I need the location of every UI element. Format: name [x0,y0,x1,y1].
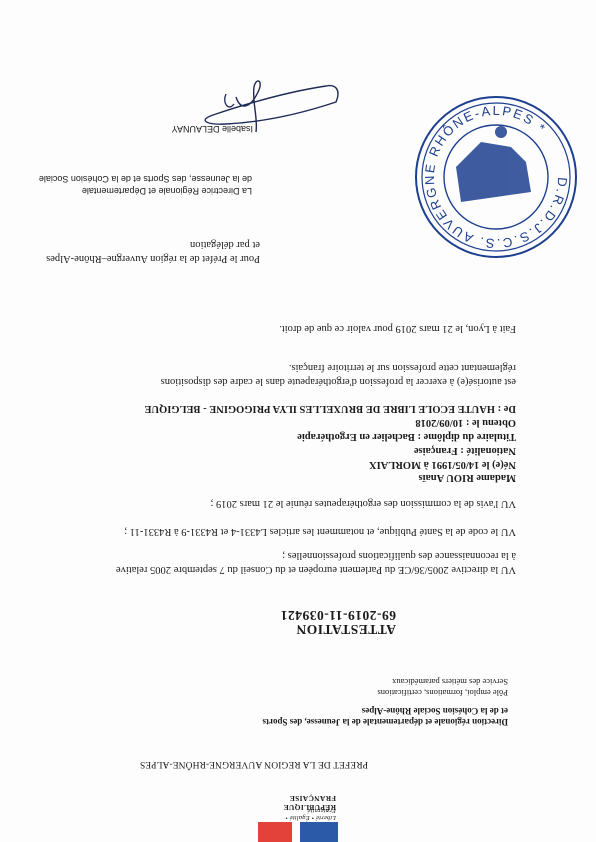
service-label: Service des métiers paramédicaux [392,677,508,687]
direction-line-1: Direction régionale et départementale de… [262,717,508,727]
authorization-line-1: est autorisé(e) à exercer la profession … [161,376,516,387]
signature-prefet-line: Pour le Préfet de la région Auvergne–Rhô… [46,253,260,264]
made-at-line: Fait à Lyon, le 21 mars 2019 pour valoir… [279,323,516,334]
vu-commission: VU l'avis de la commission des ergothéra… [210,498,516,509]
authorization-line-2: réglementant cette profession sur le ter… [289,362,516,373]
person-nationality: Nationalité : Française [414,445,516,456]
reference-number: 69-2019-11-039421 [280,607,396,623]
vu-directive-line-2: à la reconnaissance des qualifications p… [282,550,516,561]
person-birth: Né(e) le 14/05/1991 à MORLAIX [369,459,516,470]
marianne-logo: Liberté • Égalité • Fraternité RÉPUBLIQU… [258,792,338,842]
prefet-heading: PREFET DE LA REGION AUVERGNE-RHÔNE-ALPES [140,759,368,769]
document-title: ATTESTATION [296,621,396,637]
vu-directive-line-1: VU la directive 2005/36/CE du Parlement … [116,564,516,575]
vu-code-sante: VU le code de la Santé Publique, et nota… [124,526,516,537]
handwritten-signature [176,72,346,142]
person-name: Madame RIOU Anaïs [419,472,516,483]
signature-role-2: de la Jeunesse, des Sports et de la Cohé… [39,174,252,184]
french-flag-icon [258,822,338,842]
person-obtained: Obtenu le : 10/09/2018 [415,417,516,428]
pole-label: Pôle emploi, formations, certifications [377,688,508,698]
republic-label: RÉPUBLIQUE FRANÇAISE [258,794,336,812]
person-school: De : HAUTE ECOLE LIBRE DE BRUXELLES ILYA… [145,403,516,414]
official-stamp: D.R.D.J.S.C.S. AUVERGNE RHÔNE-ALPES * [411,92,581,262]
direction-line-2: et de la Cohésion Sociale Rhône-Alpes [362,706,508,716]
person-diploma: Titulaire du diplôme : Bachelier en Ergo… [297,431,516,442]
attestation-page: Liberté • Égalité • Fraternité RÉPUBLIQU… [0,0,596,842]
signature-role-1: La Directrice Régionale et Départemental… [82,186,252,196]
signature-delegation-line: et par délégation [190,239,260,250]
